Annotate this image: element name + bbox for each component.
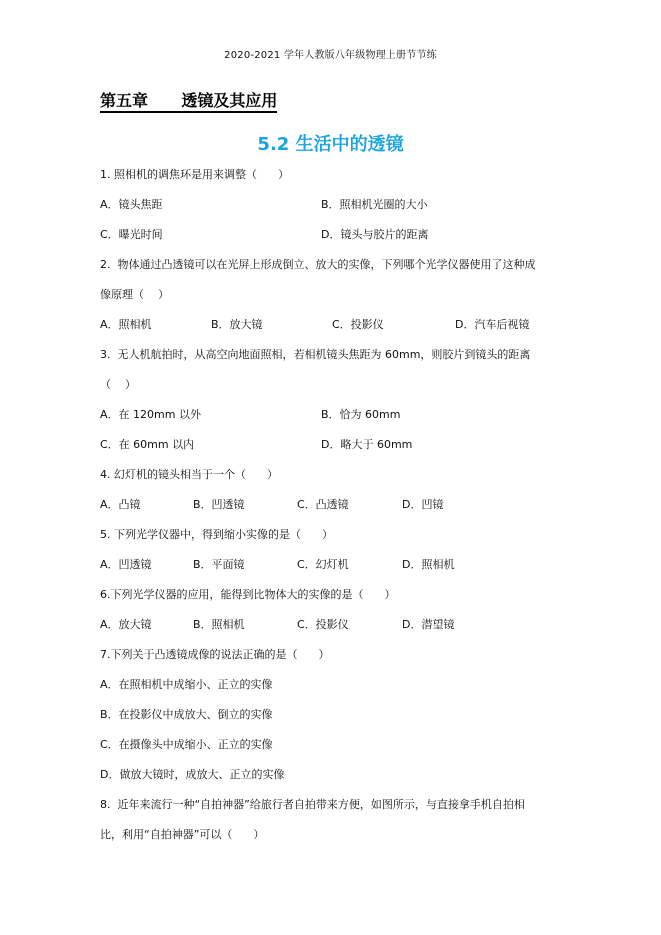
question-2-stem-line-1: 2. 物体通过凸透镜可以在光屏上形成倒立、放大的实像，下列哪个光学仪器使用了这种… [100,258,536,272]
question-7-option-d: D．做放大镜时，成放大、正立的实像 [100,768,284,782]
page-header: 2020-2021 学年人教版八年级物理上册节节练 [0,46,661,61]
question-2-option-b: B．放大镜 [211,318,263,332]
question-4-option-a: A．凸镜 [100,498,141,512]
question-5-stem: 5. 下列光学仪器中，得到缩小实像的是（ ） [100,528,333,542]
question-4-option-c: C．凸透镜 [297,498,349,512]
question-1-option-a: A．镜头焦距 [100,198,163,212]
question-8-stem-line-2: 比，利用“自拍神器”可以（ ） [100,828,264,842]
question-8-stem-line-1: 8. 近年来流行一种“自拍神器”给旅行者自拍带来方便，如图所示，与直接拿手机自拍… [100,798,525,812]
question-4-option-d: D．凹镜 [402,498,443,512]
question-2-option-d: D．汽车后视镜 [455,318,529,332]
question-7-option-b: B．在投影仪中成放大、倒立的实像 [100,708,273,722]
question-4-stem: 4. 幻灯机的镜头相当于一个（ ） [100,468,278,482]
question-6-option-c: C．投影仪 [297,618,349,632]
question-7-option-a: A．在照相机中成缩小、正立的实像 [100,678,273,692]
question-3-option-c: C．在 60mm 以内 [100,438,194,452]
question-3-option-b: B．恰为 60mm [321,408,400,422]
question-6-stem: 6.下列光学仪器的应用，能得到比物体大的实像的是（ ） [100,588,395,602]
section-title: 5.2 生活中的透镜 [0,130,661,156]
question-4-option-b: B．凹透镜 [193,498,245,512]
question-7-stem: 7.下列关于凸透镜成像的说法正确的是（ ） [100,648,329,662]
question-6-option-d: D．潜望镜 [402,618,454,632]
question-2-option-a: A．照相机 [100,318,152,332]
question-7-option-c: C．在摄像头中成缩小、正立的实像 [100,738,273,752]
document-page: 2020-2021 学年人教版八年级物理上册节节练 第五章 透镜及其应用 5.2… [0,0,661,935]
question-3-option-d: D．略大于 60mm [321,438,412,452]
question-5-option-b: B．平面镜 [193,558,245,572]
question-1-option-c: C．曝光时间 [100,228,163,242]
question-1-option-d: D．镜头与胶片的距离 [321,228,428,242]
question-1-option-b: B．照相机光圈的大小 [321,198,428,212]
question-1-stem: 1. 照相机的调焦环是用来调整（ ） [100,168,289,182]
question-6-option-b: B．照相机 [193,618,245,632]
question-2-stem-line-2: 像原理（ ） [100,288,169,302]
question-5-option-d: D．照相机 [402,558,454,572]
question-2-option-c: C．投影仪 [332,318,384,332]
question-3-stem-line-1: 3. 无人机航拍时，从高空向地面照相，若相机镜头焦距为 60mm，则胶片到镜头的… [100,348,530,362]
question-3-option-a: A．在 120mm 以外 [100,408,201,422]
question-5-option-a: A．凹透镜 [100,558,152,572]
question-5-option-c: C．幻灯机 [297,558,349,572]
chapter-title: 第五章 透镜及其应用 [100,92,277,113]
question-6-option-a: A．放大镜 [100,618,152,632]
question-3-stem-line-2: （ ） [100,378,136,392]
